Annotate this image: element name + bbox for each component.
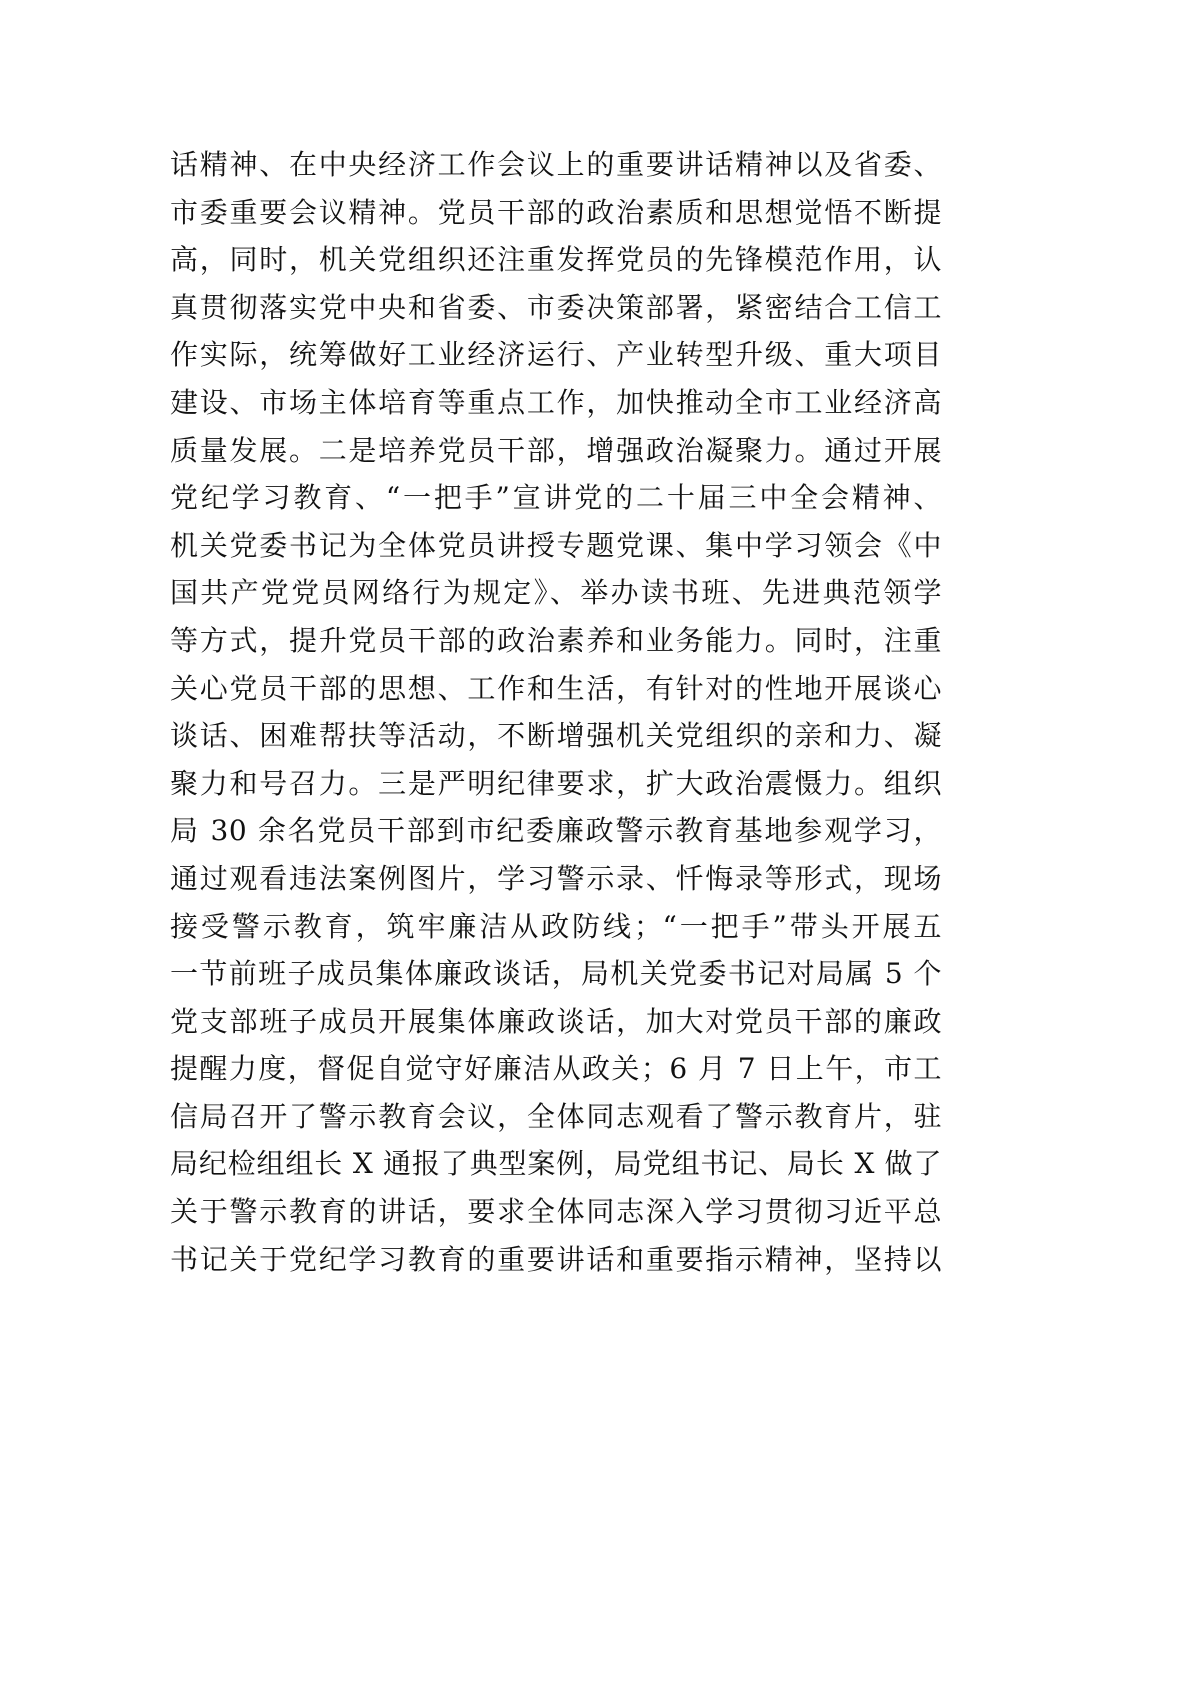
text-line: 质量发展。二是培养党员干部，增强政治凝聚力。通过开展 bbox=[170, 427, 942, 475]
text-line: 关于警示教育的讲话，要求全体同志深入学习贯彻习近平总 bbox=[170, 1188, 942, 1236]
text-line: 话精神、在中央经济工作会议上的重要讲话精神以及省委、 bbox=[170, 141, 942, 189]
text-line: 谈话、困难帮扶等活动，不断增强机关党组织的亲和力、凝 bbox=[170, 712, 942, 760]
text-line: 局 30 余名党员干部到市纪委廉政警示教育基地参观学习， bbox=[170, 807, 942, 855]
text-line: 书记关于党纪学习教育的重要讲话和重要指示精神，坚持以 bbox=[170, 1236, 942, 1284]
text-line: 接受警示教育，筑牢廉洁从政防线；“一把手”带头开展五 bbox=[170, 903, 942, 951]
text-line: 聚力和号召力。三是严明纪律要求，扩大政治震慑力。组织 bbox=[170, 760, 942, 808]
text-line: 市委重要会议精神。党员干部的政治素质和思想觉悟不断提 bbox=[170, 189, 942, 237]
text-line: 机关党委书记为全体党员讲授专题党课、集中学习领会《中 bbox=[170, 522, 942, 570]
text-line: 局纪检组组长 X 通报了典型案例，局党组书记、局长 X 做了 bbox=[170, 1140, 942, 1188]
text-line: 高，同时，机关党组织还注重发挥党员的先锋模范作用，认 bbox=[170, 236, 942, 284]
text-line: 一节前班子成员集体廉政谈话，局机关党委书记对局属 5 个 bbox=[170, 950, 942, 998]
text-line: 真贯彻落实党中央和省委、市委决策部署，紧密结合工信工 bbox=[170, 284, 942, 332]
text-line: 党纪学习教育、“一把手”宣讲党的二十届三中全会精神、 bbox=[170, 474, 942, 522]
text-line: 通过观看违法案例图片，学习警示录、忏悔录等形式，现场 bbox=[170, 855, 942, 903]
document-body: 话精神、在中央经济工作会议上的重要讲话精神以及省委、 市委重要会议精神。党员干部… bbox=[170, 141, 942, 1283]
text-line: 信局召开了警示教育会议，全体同志观看了警示教育片，驻 bbox=[170, 1093, 942, 1141]
text-line: 党支部班子成员开展集体廉政谈话，加大对党员干部的廉政 bbox=[170, 998, 942, 1046]
text-line: 等方式，提升党员干部的政治素养和业务能力。同时，注重 bbox=[170, 617, 942, 665]
text-line: 关心党员干部的思想、工作和生活，有针对的性地开展谈心 bbox=[170, 665, 942, 713]
text-line: 国共产党党员网络行为规定》、举办读书班、先进典范领学 bbox=[170, 569, 942, 617]
text-line: 提醒力度，督促自觉守好廉洁从政关；6 月 7 日上午，市工 bbox=[170, 1045, 942, 1093]
text-line: 建设、市场主体培育等重点工作，加快推动全市工业经济高 bbox=[170, 379, 942, 427]
text-line: 作实际，统筹做好工业经济运行、产业转型升级、重大项目 bbox=[170, 331, 942, 379]
